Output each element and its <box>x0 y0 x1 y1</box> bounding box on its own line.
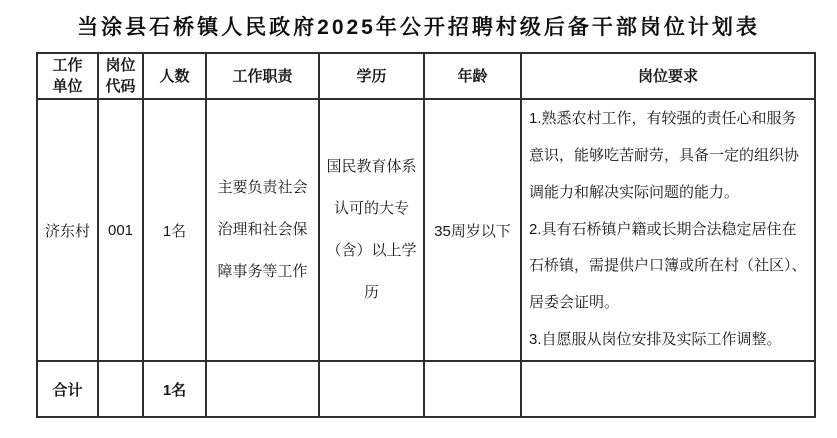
total-empty-education-cell <box>319 361 424 417</box>
header-headcount: 人数 <box>143 53 206 99</box>
header-education: 学历 <box>319 53 424 99</box>
cell-education: 国民教育体系 认可的大专 （含）以上学 历 <box>319 99 424 361</box>
cell-duties: 主要负责社会 治理和社会保 障事务等工作 <box>206 99 319 361</box>
total-empty-requirements-cell <box>521 361 815 417</box>
total-empty-age-cell <box>424 361 521 417</box>
cell-headcount: 1名 <box>143 99 206 361</box>
requirement-item: 1.熟悉农村工作，有较强的责任心和服务意识，能够吃苦耐劳，具备一定的组织协调能力… <box>529 101 811 211</box>
cell-age: 35周岁以下 <box>424 99 521 361</box>
total-empty-code-cell <box>98 361 143 417</box>
document-page: 当涂县石桥镇人民政府2025年公开招聘村级后备干部岗位计划表 工作 单位 岗位 … <box>0 0 837 438</box>
total-label-cell: 合计 <box>37 361 98 417</box>
requirement-item: 3.自愿服从岗位安排及实际工作调整。 <box>529 322 811 359</box>
table-header-row: 工作 单位 岗位 代码 人数 工作职责 学历 年龄 岗位要求 <box>37 53 815 99</box>
header-age: 年龄 <box>424 53 521 99</box>
table-total-row: 合计 1名 <box>37 361 815 417</box>
header-post-code: 岗位 代码 <box>98 53 143 99</box>
cell-post-code: 001 <box>98 99 143 361</box>
table-row: 济东村 001 1名 主要负责社会 治理和社会保 障事务等工作 国民教育体系 认… <box>37 99 815 361</box>
total-empty-duties-cell <box>206 361 319 417</box>
page-title: 当涂县石桥镇人民政府2025年公开招聘村级后备干部岗位计划表 <box>0 11 837 41</box>
total-headcount-cell: 1名 <box>143 361 206 417</box>
requirement-item: 2.具有石桥镇户籍或长期合法稳定居住在石桥镇，需提供户口簿或所在村（社区）、居委… <box>529 212 811 322</box>
header-duties: 工作职责 <box>206 53 319 99</box>
header-work-unit: 工作 单位 <box>37 53 98 99</box>
cell-requirements: 1.熟悉农村工作，有较强的责任心和服务意识，能够吃苦耐劳，具备一定的组织协调能力… <box>521 99 815 361</box>
job-plan-table: 工作 单位 岗位 代码 人数 工作职责 学历 年龄 岗位要求 济东村 001 1… <box>36 52 816 418</box>
cell-work-unit: 济东村 <box>37 99 98 361</box>
header-requirements: 岗位要求 <box>521 53 815 99</box>
